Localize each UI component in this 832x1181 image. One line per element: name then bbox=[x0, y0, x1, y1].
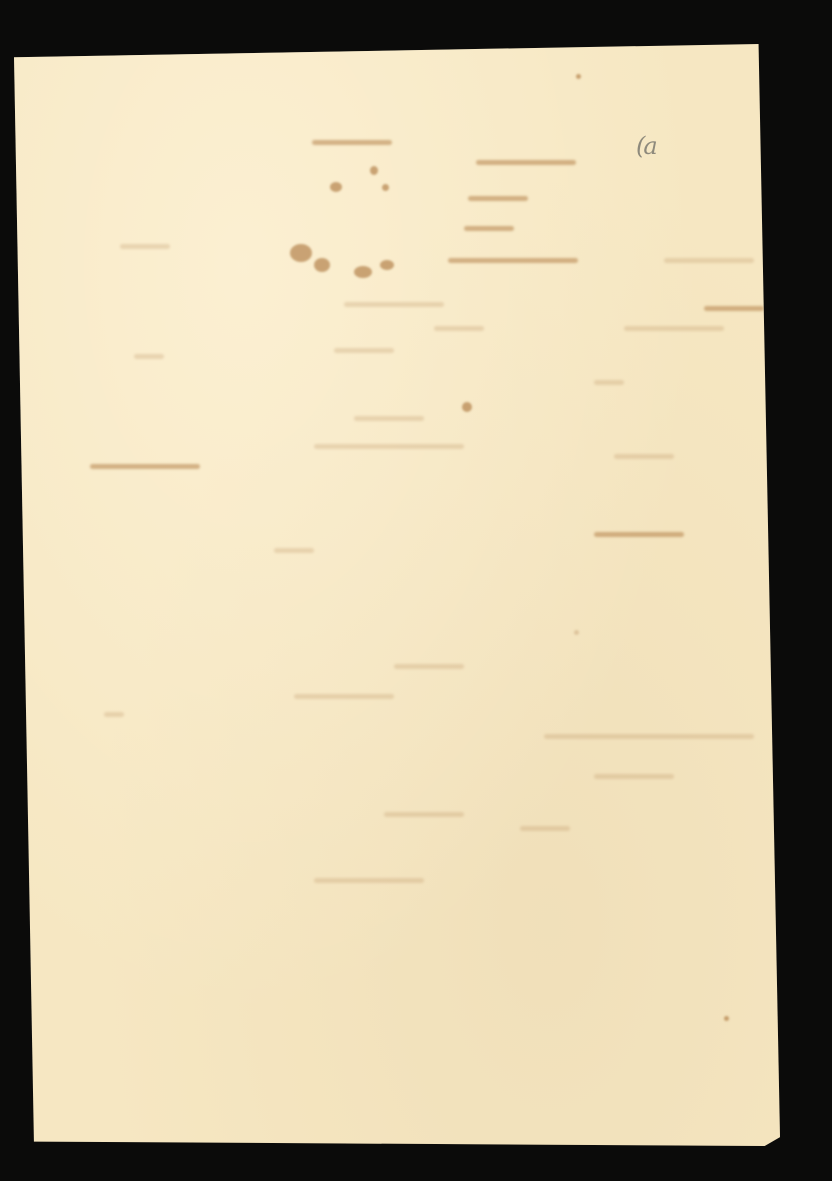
archive-reference-label: FILZA 6 FASC. 3 (A) bbox=[145, 1148, 340, 1170]
manuscript-sheet: (a FILZA 6 FASC. 3 (A) bbox=[14, 44, 780, 1146]
folio-mark: (a bbox=[636, 132, 656, 160]
